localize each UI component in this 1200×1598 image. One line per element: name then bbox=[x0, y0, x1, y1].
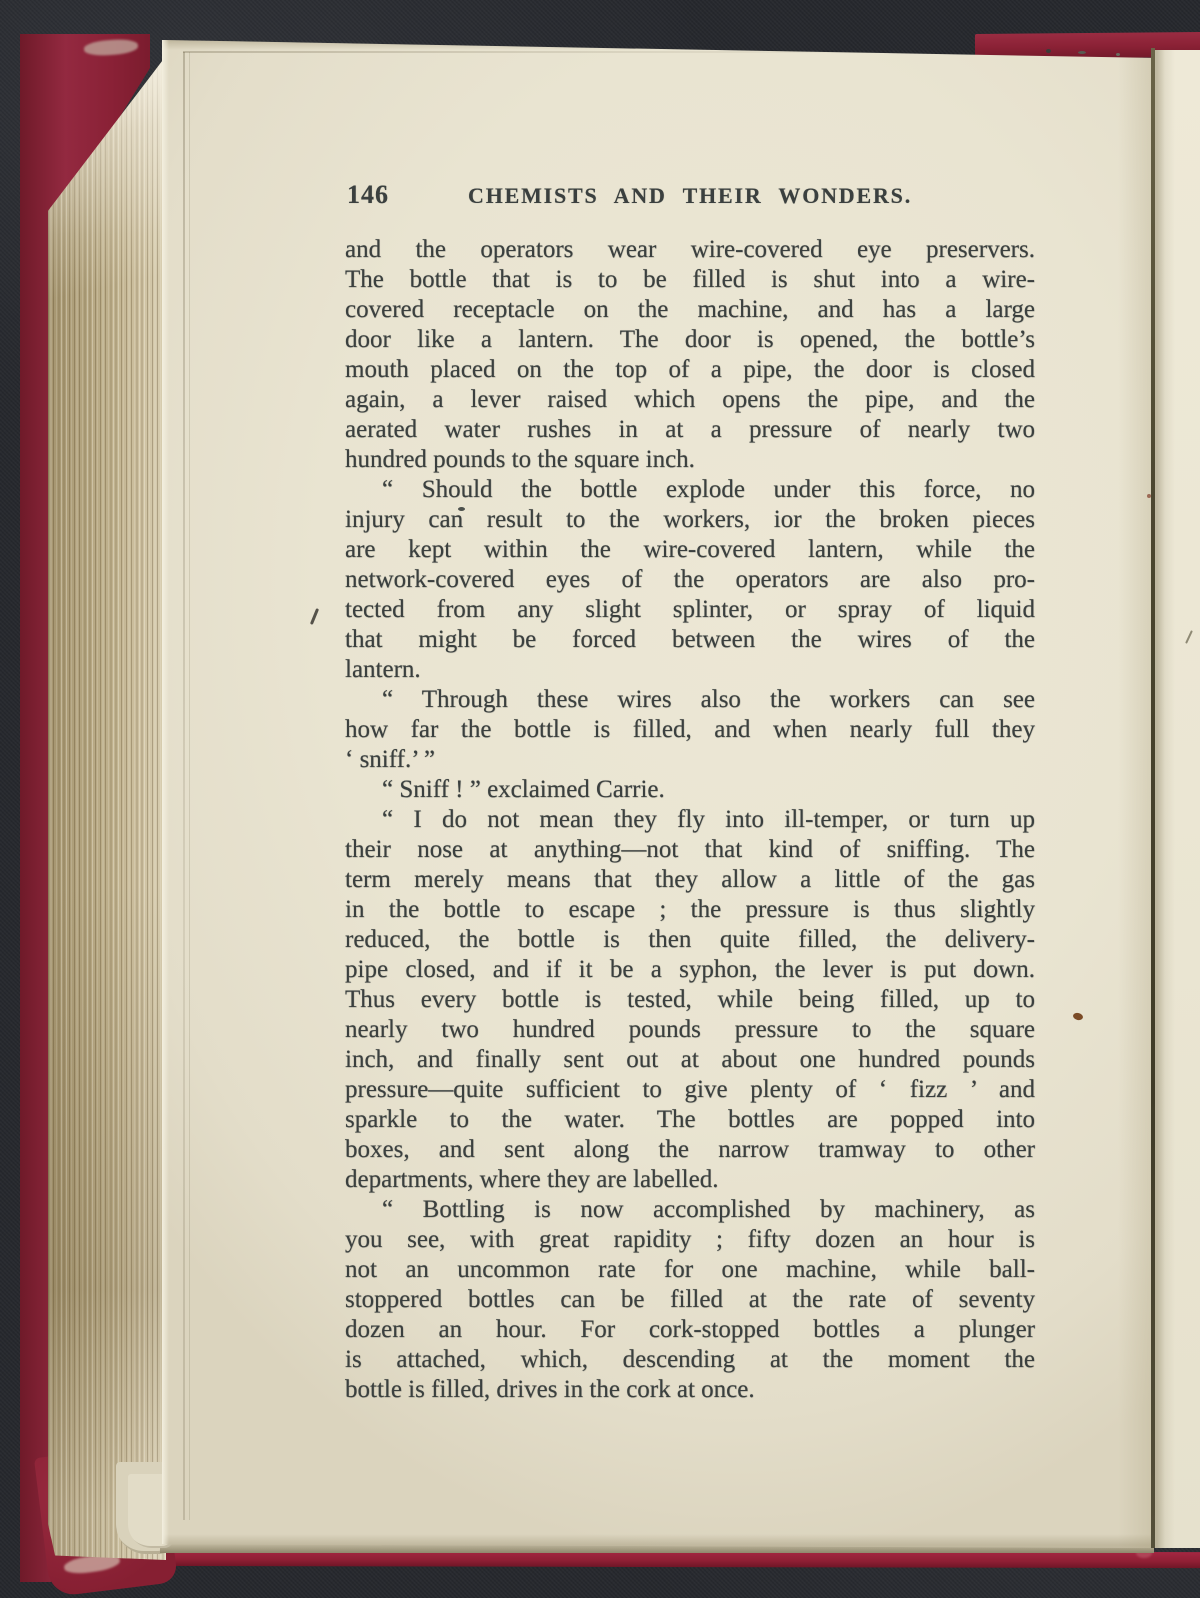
text-line: is attached, which, descending at the mo… bbox=[345, 1345, 1035, 1375]
text-line: their nose at anything—not that kind of … bbox=[345, 835, 1035, 865]
text-line: covered receptacle on the machine, and h… bbox=[345, 295, 1035, 325]
book-page: 146 CHEMISTS AND THEIR WONDERS. and the … bbox=[162, 38, 1152, 1548]
text-line: and the operators wear wire-covered eye … bbox=[345, 235, 1035, 265]
fore-edge-page-stack bbox=[48, 56, 166, 1560]
paragraph: “ Bottling is now accomplished by machin… bbox=[345, 1195, 1035, 1405]
page-crease-line bbox=[189, 52, 190, 1520]
text-line: “ Sniff ! ” exclaimed Carrie. bbox=[345, 775, 1035, 805]
stain-speck bbox=[458, 507, 465, 511]
text-line: lantern. bbox=[345, 655, 1035, 685]
text-line: “ Should the bottle explode under this f… bbox=[345, 475, 1035, 505]
text-line: “ Bottling is now accomplished by machin… bbox=[345, 1195, 1035, 1225]
text-line: again, a lever raised which opens the pi… bbox=[345, 385, 1035, 415]
text-line: pressure—quite sufficient to give plenty… bbox=[345, 1075, 1035, 1105]
book-scan: 146 CHEMISTS AND THEIR WONDERS. and the … bbox=[0, 0, 1200, 1598]
paragraph: and the operators wear wire-covered eye … bbox=[345, 235, 1035, 475]
text-line: nearly two hundred pounds pressure to th… bbox=[345, 1015, 1035, 1045]
text-line: injury can result to the workers, ior th… bbox=[345, 505, 1035, 535]
text-line: Thus every bottle is tested, while being… bbox=[345, 985, 1035, 1015]
text-line: are kept within the wire-covered lantern… bbox=[345, 535, 1035, 565]
text-line: boxes, and sent along the narrow tramway… bbox=[345, 1135, 1035, 1165]
text-line: hundred pounds to the square inch. bbox=[345, 445, 1035, 475]
text-line: network-covered eyes of the operators ar… bbox=[345, 565, 1035, 595]
text-line: mouth placed on the top of a pipe, the d… bbox=[345, 355, 1035, 385]
stain-speck bbox=[1078, 51, 1086, 54]
text-line: stoppered bottles can be filled at the r… bbox=[345, 1285, 1035, 1315]
text-line: dozen an hour. For cork-stopped bottles … bbox=[345, 1315, 1035, 1345]
text-line: bottle is filled, drives in the cork at … bbox=[345, 1375, 1035, 1405]
text-line: sparkle to the water. The bottles are po… bbox=[345, 1105, 1035, 1135]
text-line: how far the bottle is filled, and when n… bbox=[345, 715, 1035, 745]
stain-speck bbox=[1046, 49, 1051, 53]
page-header: 146 CHEMISTS AND THEIR WONDERS. bbox=[345, 180, 1035, 212]
text-line: tected from any slight splinter, or spra… bbox=[345, 595, 1035, 625]
paragraph: “ Should the bottle explode under this f… bbox=[345, 475, 1035, 685]
text-line: that might be forced between the wires o… bbox=[345, 625, 1035, 655]
text-line: in the bottle to escape ; the pressure i… bbox=[345, 895, 1035, 925]
text-line: inch, and finally sent out at about one … bbox=[345, 1045, 1035, 1075]
page-crease-line bbox=[183, 52, 185, 1520]
stain-speck bbox=[1147, 494, 1151, 498]
text-line: ‘ sniff.’ ” bbox=[345, 745, 1035, 775]
text-line: door like a lantern. The door is opened,… bbox=[345, 325, 1035, 355]
running-title: CHEMISTS AND THEIR WONDERS. bbox=[345, 183, 1035, 209]
text-line: not an uncommon rate for one machine, wh… bbox=[345, 1255, 1035, 1285]
text-line: departments, where they are labelled. bbox=[345, 1165, 1035, 1195]
text-line: aerated water rushes in at a pressure of… bbox=[345, 415, 1035, 445]
stain-speck bbox=[1116, 53, 1120, 56]
paragraph: “ I do not mean they fly into ill-temper… bbox=[345, 805, 1035, 1195]
adjacent-page-edge bbox=[1155, 50, 1200, 1548]
text-line: pipe closed, and if it be a syphon, the … bbox=[345, 955, 1035, 985]
text-line: “ Through these wires also the workers c… bbox=[345, 685, 1035, 715]
page-crease-line bbox=[183, 51, 1063, 53]
paragraph: “ Sniff ! ” exclaimed Carrie. bbox=[345, 775, 1035, 805]
text-line: “ I do not mean they fly into ill-temper… bbox=[345, 805, 1035, 835]
page-text: and the operators wear wire-covered eye … bbox=[345, 235, 1035, 1405]
text-line: reduced, the bottle is then quite filled… bbox=[345, 925, 1035, 955]
text-line: The bottle that is to be filled is shut … bbox=[345, 265, 1035, 295]
text-line: you see, with great rapidity ; fifty doz… bbox=[345, 1225, 1035, 1255]
paragraph: “ Through these wires also the workers c… bbox=[345, 685, 1035, 775]
text-line: term merely means that they allow a litt… bbox=[345, 865, 1035, 895]
